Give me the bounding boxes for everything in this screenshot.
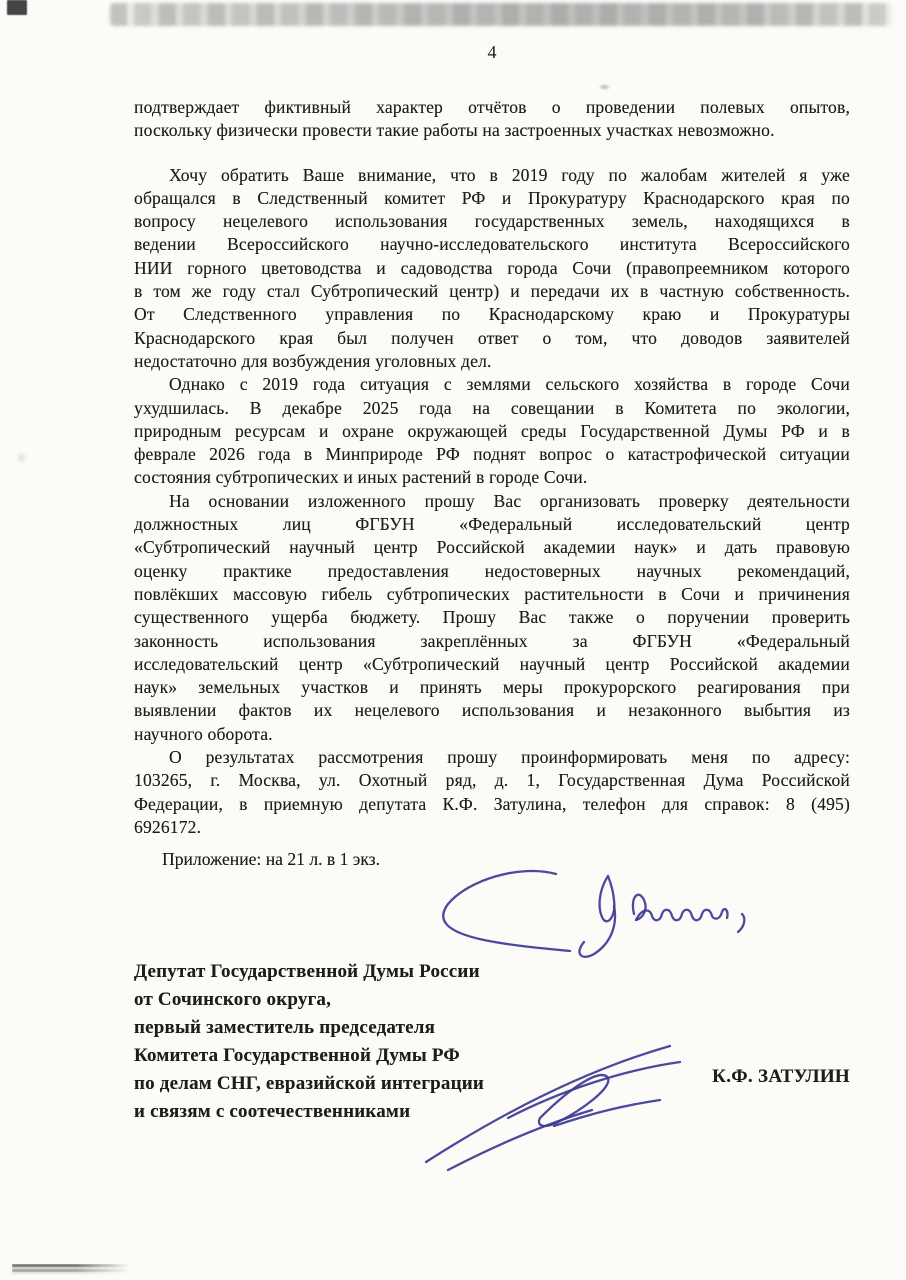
signature-block-line: первый заместитель председателя	[134, 1014, 564, 1042]
text-line: недостаточно для возбуждения уголовных д…	[134, 350, 850, 373]
text-line: вопросу нецелевого использования государ…	[134, 210, 850, 233]
text-line: выявлении фактов их нецелевого использов…	[134, 699, 850, 722]
handwritten-closing-signature	[424, 862, 764, 962]
signature-block-line: Депутат Государственной Думы России	[134, 958, 564, 986]
text-line: исследовательский центр «Субтропический …	[134, 653, 850, 676]
signature-block-line: по делам СНГ, евразийской интеграции	[134, 1070, 564, 1098]
text-line: На основании изложенного прошу Вас орган…	[134, 490, 850, 513]
text-line: От Следственного управления по Краснодар…	[134, 303, 850, 326]
text-line: обращался в Следственный комитет РФ и Пр…	[134, 187, 850, 210]
text-line: Краснодарского края был получен ответ о …	[134, 327, 850, 350]
text-line: 6926172.	[134, 816, 850, 839]
text-line: 103265, г. Москва, ул. Охотный ряд, д. 1…	[134, 769, 850, 792]
scan-artifact-top-band	[110, 3, 892, 26]
signature-block-line: Комитета Государственной Думы РФ	[134, 1042, 564, 1070]
letter-body: подтверждает фиктивный характер отчётов …	[134, 96, 850, 839]
text-line: наук» земельных участков и принять меры …	[134, 676, 850, 699]
signature-block-line: от Сочинского округа,	[134, 986, 564, 1014]
paragraph: Однако с 2019 года ситуация с землями се…	[134, 373, 850, 489]
signer-name: К.Ф. ЗАТУЛИН	[690, 1066, 850, 1088]
scan-artifact-bottom-smudge	[12, 1264, 130, 1275]
paragraph: На основании изложенного прошу Вас орган…	[134, 490, 850, 746]
text-line: оценку практике предоставления недостове…	[134, 560, 850, 583]
text-line: научного оборота.	[134, 723, 850, 746]
text-line: в том же году стал Субтропический центр)…	[134, 280, 850, 303]
text-line: подтверждает фиктивный характер отчётов …	[134, 96, 850, 119]
text-line: законность использования закреплённых за…	[134, 630, 850, 653]
text-line: ухудшилась. В декабре 2025 года на совещ…	[134, 397, 850, 420]
text-line: природным ресурсам и охране окружающей с…	[134, 420, 850, 443]
text-line: состояния субтропических и иных растений…	[134, 466, 850, 489]
attachment-note: Приложение: на 21 л. в 1 экз.	[134, 849, 878, 870]
text-line: НИИ горного цветоводства и садоводства г…	[134, 257, 850, 280]
scan-artifact-speck	[600, 85, 609, 89]
text-line: повлёкших массовую гибель субтропических…	[134, 583, 850, 606]
document-page: 4 подтверждает фиктивный характер отчёто…	[0, 0, 906, 1280]
text-line: феврале 2026 года в Минприроде РФ поднят…	[134, 443, 850, 466]
text-line: существенного ущерба бюджету. Прошу Вас …	[134, 606, 850, 629]
paragraph: подтверждает фиктивный характер отчётов …	[134, 96, 850, 143]
paragraph: Хочу обратить Ваше внимание, что в 2019 …	[134, 164, 850, 374]
scan-artifact-speck	[18, 455, 25, 461]
text-line: Федерации, в приемную депутата К.Ф. Зату…	[134, 793, 850, 816]
scan-artifact-corner-mark	[7, 0, 27, 15]
text-line: Хочу обратить Ваше внимание, что в 2019 …	[134, 164, 850, 187]
text-line: Однако с 2019 года ситуация с землями се…	[134, 373, 850, 396]
text-line: поскольку физически провести такие работ…	[134, 119, 850, 142]
text-line: О результатах рассмотрения прошу проинфо…	[134, 746, 850, 769]
signature-block-line: и связям с соотечественниками	[134, 1098, 564, 1126]
text-line: ведении Всероссийского научно-исследоват…	[134, 233, 850, 256]
text-line: «Субтропический научный центр Российской…	[134, 536, 850, 559]
paragraph: О результатах рассмотрения прошу проинфо…	[134, 746, 850, 839]
text-line: должностных лиц ФГБУН «Федеральный иссле…	[134, 513, 850, 536]
signature-block: Депутат Государственной Думы Россииот Со…	[134, 958, 564, 1126]
page-number: 4	[134, 42, 850, 63]
